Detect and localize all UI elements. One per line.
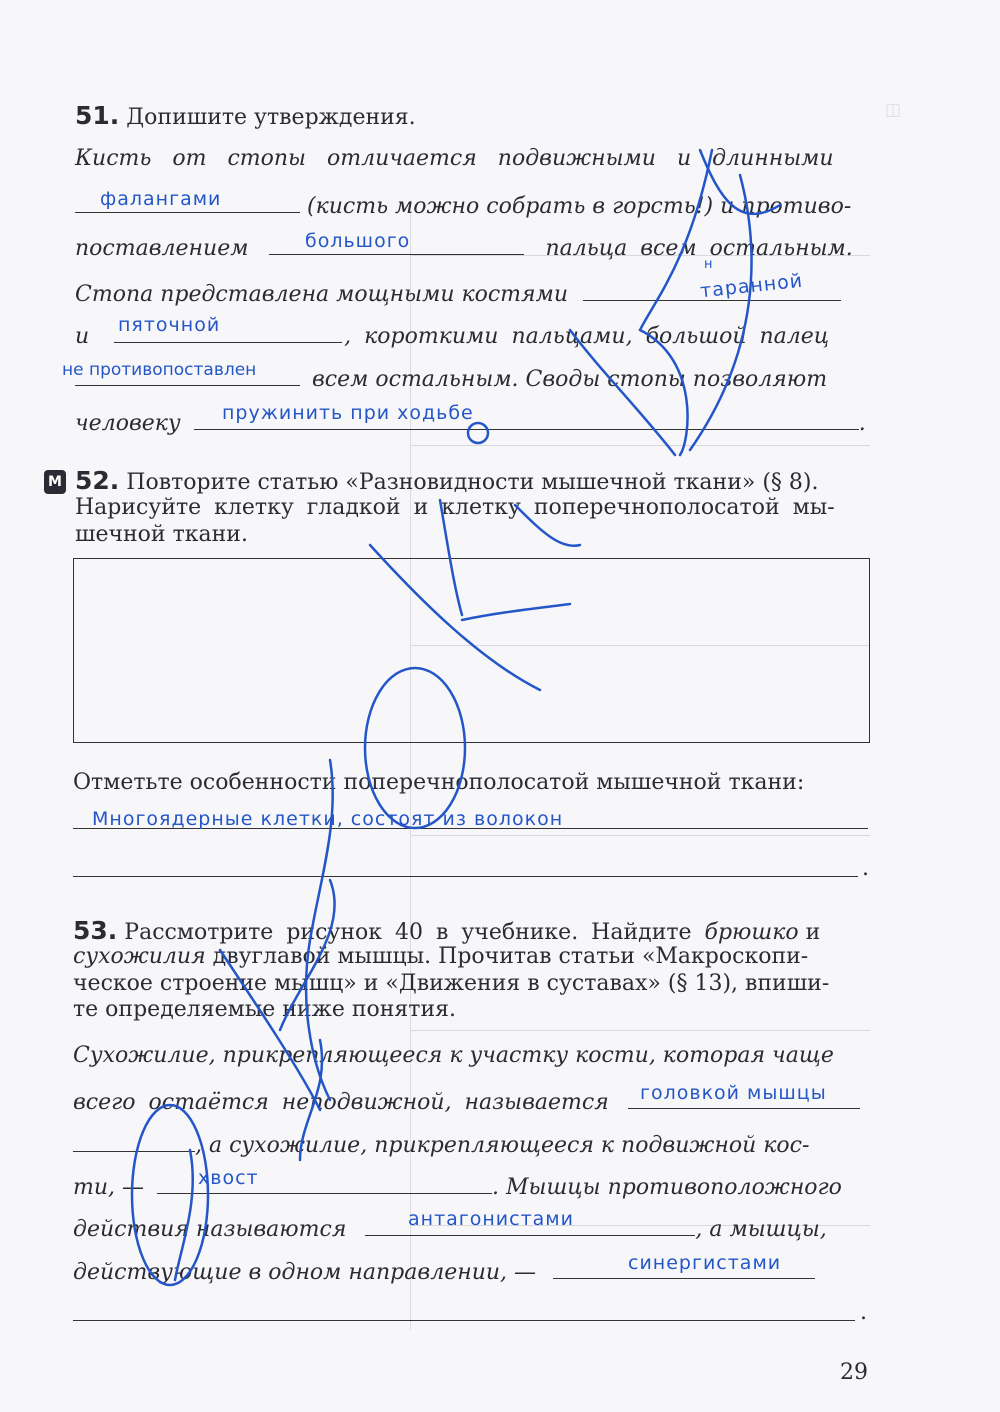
end-dot: . <box>860 1302 867 1324</box>
page-number: 29 <box>840 1360 868 1385</box>
task-51-line: поставлением пальца всем остальным. <box>75 234 853 260</box>
task-number: 51. <box>75 101 119 130</box>
answer-blank[interactable] <box>73 1131 195 1152</box>
handwritten-answer: пружинить при ходьбе <box>222 402 474 424</box>
task-53-fill-line: Сухожилие, прикрепляющееся к участку кос… <box>73 1045 834 1067</box>
task-51-heading: 51. Допишите утверждения. <box>75 103 416 129</box>
handwritten-correction: н <box>704 257 714 272</box>
handwritten-answer: пяточной <box>118 314 220 336</box>
task-52-heading: 52. Повторите статью «Разновидности мыше… <box>75 468 818 494</box>
handwritten-answer: не противопоставлен <box>62 360 256 380</box>
handwritten-answer: хвост <box>198 1167 259 1189</box>
task-title: Допишите утверждения. <box>126 105 415 130</box>
task-52-line: Нарисуйте клетку гладкой и клетку попере… <box>75 497 835 519</box>
bleed-through-rule <box>410 1030 870 1031</box>
bleed-through-rule <box>410 445 870 446</box>
task-53-heading: 53. Рассмотрите рисунок 40 в учебнике. Н… <box>73 918 820 944</box>
answer-line[interactable] <box>73 1300 855 1321</box>
drawing-area[interactable] <box>73 558 870 743</box>
task-52-line: шечной ткани. <box>75 524 248 546</box>
end-dot: . <box>862 858 869 880</box>
handwritten-answer: головкой мышцы <box>640 1082 827 1104</box>
task-53-line: сухожилия двуглавой мышцы. Прочитав стат… <box>73 946 808 968</box>
task-52-prompt: Отметьте особенности поперечнополосатой … <box>73 772 804 794</box>
bleed-through-rule <box>410 835 870 836</box>
task-51-line: Кисть от стопы отличается подвижными и д… <box>75 148 834 170</box>
task-number: 52. <box>75 466 119 495</box>
handwritten-answer: антагонистами <box>408 1208 574 1230</box>
handwritten-answer: синергистами <box>628 1252 781 1274</box>
task-53-fill-line: ти, — . Мышцы противоположного <box>73 1173 842 1199</box>
bleed-through-task54: ◫ <box>885 100 901 120</box>
task-number: 53. <box>73 916 117 945</box>
task-53-fill-line: , а сухожилие, прикрепляющееся к подвижн… <box>73 1131 809 1157</box>
handwritten-answer: фалангами <box>100 188 221 210</box>
task-53-line: ческое строение мышц» и «Движения в суст… <box>73 973 829 995</box>
handwritten-answer: Многоядерные клетки, состоят из волокон <box>92 808 563 830</box>
m-badge-icon: М <box>44 470 66 494</box>
answer-line[interactable] <box>73 856 858 877</box>
task-53-line: те определяемые ниже понятия. <box>73 999 456 1021</box>
handwritten-answer: большого <box>305 230 410 252</box>
